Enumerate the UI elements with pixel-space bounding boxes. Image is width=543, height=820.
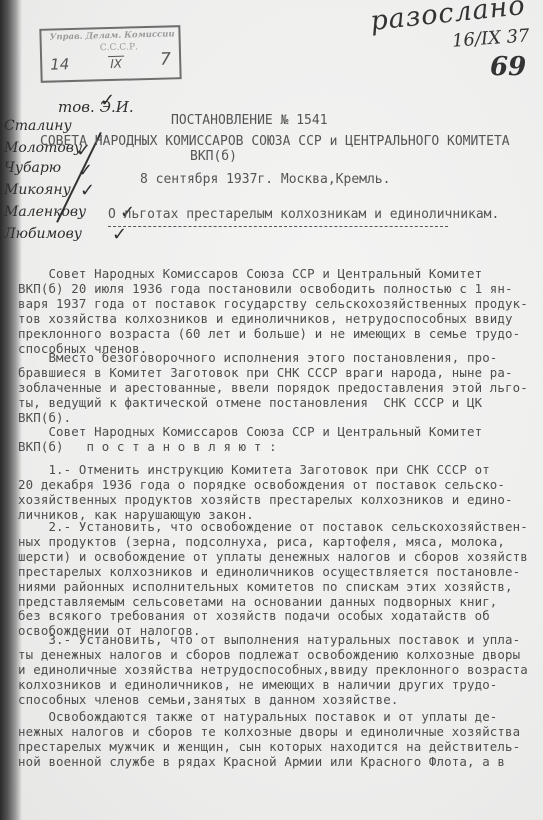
check-mark-icon: ✓ <box>80 180 95 201</box>
text-line: ниями районных исполнительных комитетов … <box>18 580 528 595</box>
text-line: варя 1937 года от поставок государству с… <box>18 297 528 312</box>
margin-note: Чубарю <box>4 160 61 176</box>
text-line: способных членов семьи,занятых в данном … <box>18 693 528 708</box>
issuer-line-1: СОВЕТА НАРОДНЫХ КОМИССАРОВ СОЮЗА ССР и Ц… <box>40 135 510 149</box>
paragraph: 2.- Установить, что освобождение от пост… <box>18 520 528 639</box>
text-line: шерсти) и освобождение от уплаты денежны… <box>18 550 528 565</box>
document-page: Управ. Делам. Комиссии С.С.С.Р. 14 IX 7 … <box>0 0 543 820</box>
handwritten-distribution-date: 16/IX 37 <box>451 25 530 51</box>
text-line: преклонного возраста (60 лет и больше) и… <box>18 327 528 342</box>
text-line: Совет Народных Комиссаров Союза ССР и Це… <box>18 425 482 440</box>
topic-underline <box>108 226 448 227</box>
stamp-day: 14 <box>50 55 70 73</box>
paragraph: Освобождаются также от натуральных поста… <box>18 710 520 770</box>
text-line: нежных налогов и сборов те колхозные дво… <box>18 725 520 740</box>
text-line: ной военной службе в рядах Красной Армии… <box>18 755 520 770</box>
text-line: представляемым сельсоветами на основании… <box>18 595 528 610</box>
text-line: Совет Народных Комиссаров Союза ССР и Це… <box>18 267 528 282</box>
text-line: бравшиеся в Комитет Заготовок при СНК СС… <box>18 366 528 381</box>
text-line: тов хозяйства колхозников и единоличнико… <box>18 312 528 327</box>
stamp-month: IX <box>108 56 124 71</box>
text-line: 3.- Установить, что от выполнения натура… <box>18 633 528 648</box>
stamp-number: 7 <box>160 49 171 69</box>
paragraph: Совет Народных Комиссаров Союза ССР и Це… <box>18 425 482 455</box>
document-title: ПОСТАНОВЛЕНИЕ № 1541 <box>171 113 328 128</box>
handwritten-page-number: 69 <box>490 52 526 82</box>
text-line: ты денежных налогов и сборов подлежат ос… <box>18 648 528 663</box>
margin-note: Микояну <box>4 182 71 198</box>
issuer-line-2: ВКП(б) <box>190 149 237 164</box>
paragraph: Вместо безоговорочного исполнения этого … <box>18 351 528 426</box>
text-line: престарелых колхозников и единоличников … <box>18 565 528 580</box>
stamp-country: С.С.С.Р. <box>100 42 138 53</box>
text-line: и единоличные хозяйства нетрудоспособных… <box>18 663 528 678</box>
text-line: ВКП(б) п о с т а н о в л я ю т : <box>18 440 482 455</box>
date-place: 8 сентября 1937г. Москва,Кремль. <box>140 172 390 187</box>
registry-stamp: Управ. Делам. Комиссии С.С.С.Р. 14 IX 7 <box>39 25 181 83</box>
margin-note: Любимову <box>4 226 82 242</box>
paragraph: 1.- Отменить инструкцию Комитета Заготов… <box>18 463 513 523</box>
check-mark-icon: ✓ <box>112 224 127 245</box>
text-line: 1.- Отменить инструкцию Комитета Заготов… <box>18 463 513 478</box>
text-line: 2.- Установить, что освобождение от пост… <box>18 520 528 535</box>
check-mark-icon: ✓ <box>100 90 115 111</box>
text-line: ВКП(б) 20 июля 1936 года постановили осв… <box>18 282 528 297</box>
document-topic: О льготах престарелым колхозникам и един… <box>108 207 499 222</box>
text-line: Освобождаются также от натуральных поста… <box>18 710 520 725</box>
text-line: хозяйственных продуктов хозяйств престар… <box>18 493 513 508</box>
text-line: без всякого требования от хозяйств подач… <box>18 609 528 624</box>
stamp-org: Управ. Делам. Комиссии <box>49 29 174 42</box>
text-line: ты, ведущий к фактической отмене постано… <box>18 396 528 411</box>
margin-note: Маленкову <box>4 204 86 220</box>
text-line: ных продуктов (зерна, подсолнуха, риса, … <box>18 535 528 550</box>
margin-note: тов. Э.И. <box>58 98 134 116</box>
text-line: престарелых мужчик и женщин, сын которых… <box>18 740 520 755</box>
text-line: колхозников и единоличников, не имеющих … <box>18 678 528 693</box>
text-line: Вместо безоговорочного исполнения этого … <box>18 351 528 366</box>
paragraph: 3.- Установить, что от выполнения натура… <box>18 633 528 708</box>
text-line: 20 декабря 1936 года о порядке освобожде… <box>18 478 513 493</box>
paragraph: Совет Народных Комиссаров Союза ССР и Це… <box>18 267 528 356</box>
margin-note: Сталину <box>4 118 72 134</box>
text-line: зоблаченные и арестованные, ввели порядо… <box>18 381 528 396</box>
